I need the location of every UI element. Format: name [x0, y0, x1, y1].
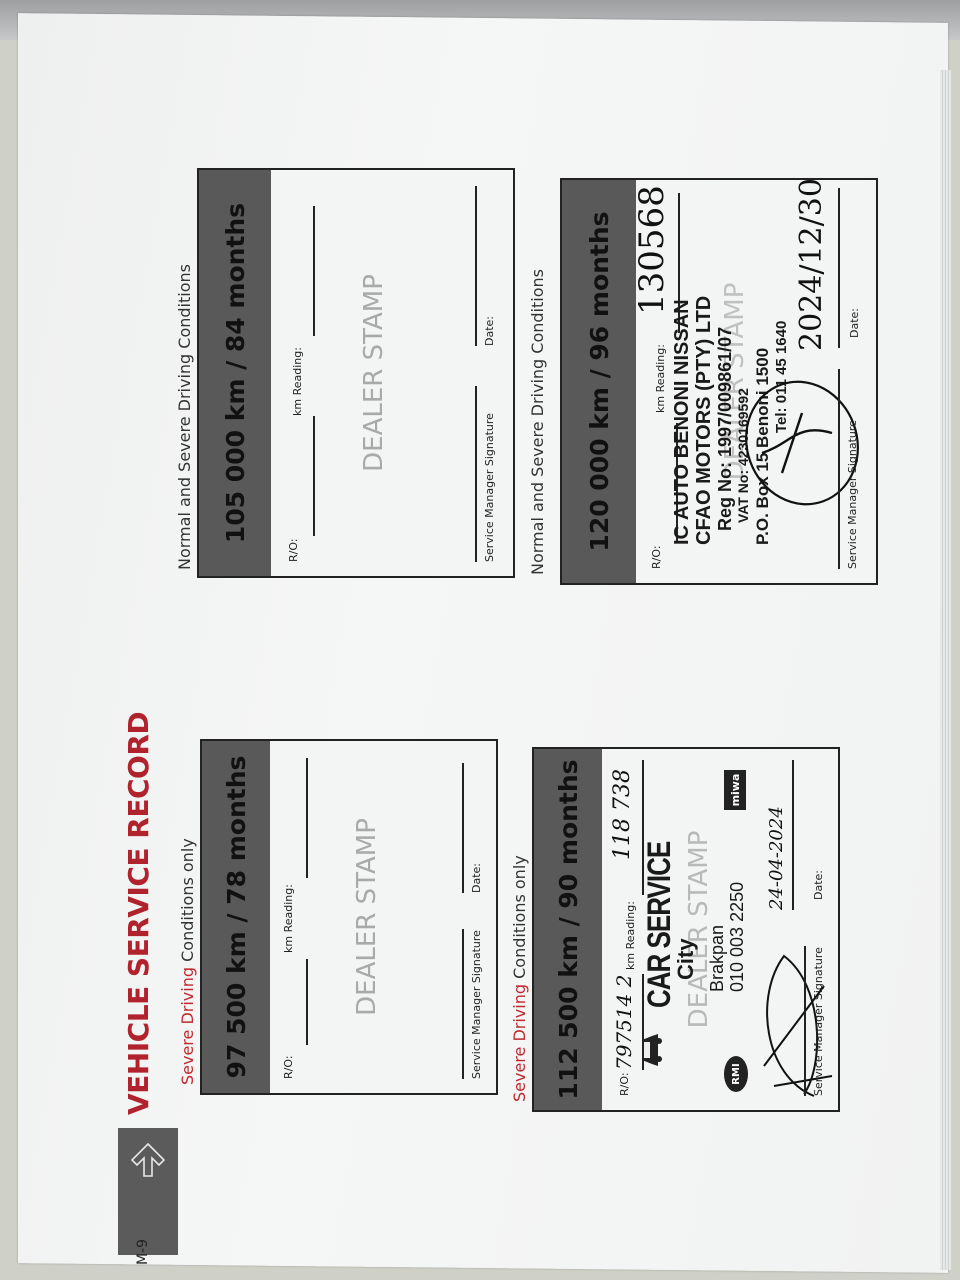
stamp-company-legal: CFAO MOTORS (PTY) LTD — [694, 296, 715, 545]
service-interval: 105 000 km / 84 months — [199, 170, 271, 576]
signature-label: Service Manager Signature — [812, 947, 825, 1096]
date-label: Date: — [470, 863, 483, 893]
page-number: M-9 — [135, 1239, 151, 1265]
km-reading-label: km Reading: — [624, 901, 637, 970]
date-field[interactable] — [475, 186, 477, 346]
stamp-location: Brakpan — [708, 925, 727, 992]
arrow-up-icon — [128, 1138, 168, 1182]
ro-field[interactable] — [313, 416, 315, 536]
km-reading-label: km Reading: — [282, 884, 295, 953]
km-reading-label: km Reading: — [291, 347, 304, 416]
date-label: Date: — [812, 870, 825, 900]
signature-label: Service Manager Signature — [470, 930, 483, 1079]
km-reading-field[interactable] — [313, 206, 315, 336]
service-box-105000: 105 000 km / 84 months R/O: km Reading: … — [197, 168, 515, 578]
car-icon — [634, 1030, 664, 1070]
date-value: 2024/12/30 — [794, 178, 829, 351]
signature-field[interactable] — [462, 929, 464, 1079]
section-tab[interactable] — [118, 1128, 178, 1255]
signature-field[interactable] — [804, 946, 806, 1096]
stamp-company-name: IC AUTO BENONI NISSAN — [672, 299, 693, 545]
signature-field[interactable] — [475, 386, 477, 562]
dealer-stamp-placeholder: DEALER STAMP — [359, 170, 389, 576]
km-reading-value: 130568 — [632, 185, 672, 315]
service-interval: 120 000 km / 96 months — [562, 180, 636, 583]
service-record-page: M-9 VEHICLE SERVICE RECORD Severe Drivin… — [0, 0, 960, 1280]
ro-label: R/O: — [282, 1055, 295, 1079]
date-value: 24-04-2024 — [766, 806, 787, 910]
ro-label: R/O: — [618, 1072, 631, 1096]
date-label: Date: — [848, 308, 861, 338]
signature-label: Service Manager Signature — [483, 413, 496, 562]
miwa-logo: miwa — [724, 770, 746, 810]
conditions-subtitle: Severe Driving Conditions only — [510, 855, 529, 1102]
service-interval: 97 500 km / 78 months — [202, 741, 270, 1093]
conditions-subtitle: Normal and Severe Driving Conditions — [175, 264, 194, 570]
signature-field[interactable] — [838, 369, 840, 569]
stamp-company-city: City — [674, 938, 697, 980]
stamp-company-name: CAR SERVICE — [643, 842, 677, 1008]
service-box-97500: 97 500 km / 78 months R/O: km Reading: D… — [200, 739, 498, 1095]
page-title: VEHICLE SERVICE RECORD — [122, 712, 155, 1115]
ro-label: R/O: — [287, 538, 300, 562]
service-interval: 112 500 km / 90 months — [534, 749, 602, 1110]
conditions-subtitle: Normal and Severe Driving Conditions — [528, 269, 547, 575]
km-reading-field[interactable] — [306, 758, 308, 878]
km-reading-value: 118 738 — [610, 769, 635, 860]
service-box-112500: 112 500 km / 90 months R/O: 797514 2 km … — [532, 747, 840, 1112]
date-label: Date: — [483, 316, 496, 346]
date-field[interactable] — [838, 188, 840, 348]
conditions-subtitle: Severe Driving Conditions only — [178, 838, 197, 1085]
service-box-120000: 120 000 km / 96 months R/O: km Reading: … — [560, 178, 878, 585]
signature-label: Service Manager Signature — [846, 420, 859, 569]
dealer-stamp-placeholder: DEALER STAMP — [352, 741, 382, 1093]
ro-value: 797514 2 — [612, 975, 636, 1070]
date-field[interactable] — [462, 763, 464, 893]
ro-label: R/O: — [650, 545, 663, 569]
date-field[interactable] — [792, 760, 794, 910]
ro-field[interactable] — [306, 959, 308, 1045]
km-reading-label: km Reading: — [654, 344, 667, 413]
